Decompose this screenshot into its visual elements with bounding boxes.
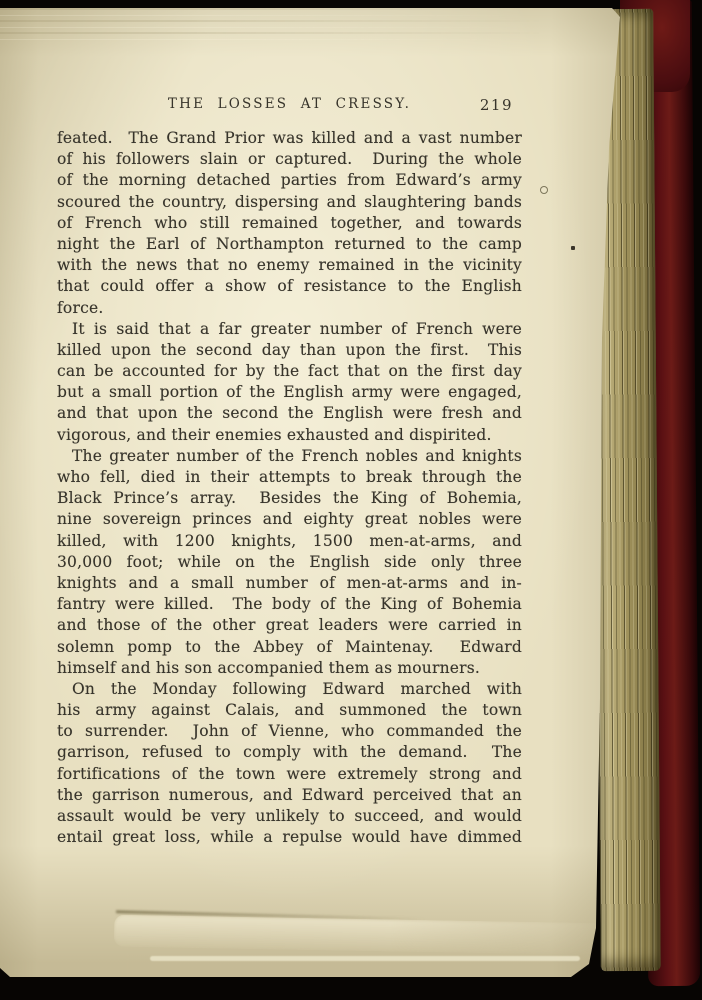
text-line: fantry were killed. The body of the King…: [57, 594, 522, 615]
text-line: to surrender. John of Vienne, who comman…: [57, 721, 522, 742]
paragraph: The greater number of the French nobles …: [57, 446, 522, 679]
paragraph: feated. The Grand Prior was killed and a…: [57, 128, 522, 319]
text-line: solemn pomp to the Abbey of Maintenay. E…: [57, 637, 522, 658]
text-line: 30,000 foot; while on the English side o…: [57, 552, 522, 573]
text-line: killed, with 1200 knights, 1500 men-at-a…: [57, 531, 522, 552]
text-line: the garrison numerous, and Edward percei…: [57, 785, 522, 806]
text-line: nine sovereign princes and eighty great …: [57, 509, 522, 530]
text-line: On the Monday following Edward marched w…: [57, 679, 522, 700]
text-line: of his followers slain or captured. Duri…: [57, 149, 522, 170]
paper-speck-dot: [571, 246, 575, 250]
book-scan: THE LOSSES AT CRESSY. 219 feated. The Gr…: [0, 0, 702, 1000]
text-line: of the morning detached parties from Edw…: [57, 170, 522, 191]
text-line: killed upon the second day than upon the…: [57, 340, 522, 361]
text-line: can be accounted for by the fact that on…: [57, 361, 522, 382]
text-line: fortifications of the town were extremel…: [57, 764, 522, 785]
text-line: It is said that a far greater number of …: [57, 319, 522, 340]
text-line: who fell, died in their attempts to brea…: [57, 467, 522, 488]
book-page: THE LOSSES AT CRESSY. 219 feated. The Gr…: [0, 8, 640, 982]
text-line: and those of the other great leaders wer…: [57, 615, 522, 636]
text-line: force.: [57, 298, 522, 319]
running-head: THE LOSSES AT CRESSY. 219: [57, 96, 522, 116]
under-page-edge: [150, 956, 580, 961]
text-line: of French who still remained together, a…: [57, 213, 522, 234]
text-line: knights and a small number of men-at-arm…: [57, 573, 522, 594]
page-top-edges: [0, 8, 640, 42]
text-line: himself and his son accompanied them as …: [57, 658, 522, 679]
text-line: garrison, refused to comply with the dem…: [57, 742, 522, 763]
text-line: night the Earl of Northampton returned t…: [57, 234, 522, 255]
text-line: assault would be very unlikely to succee…: [57, 806, 522, 827]
text-line: that could offer a show of resistance to…: [57, 276, 522, 297]
text-line: his army against Calais, and summoned th…: [57, 700, 522, 721]
paragraph: It is said that a far greater number of …: [57, 319, 522, 446]
text-line: but a small portion of the English army …: [57, 382, 522, 403]
page-number: 219: [480, 96, 513, 114]
text-line: and that upon the second the English wer…: [57, 403, 522, 424]
text-line: Black Prince’s array. Besides the King o…: [57, 488, 522, 509]
running-title: THE LOSSES AT CRESSY.: [57, 96, 522, 112]
text-line: scoured the country, dispersing and slau…: [57, 192, 522, 213]
paragraph: On the Monday following Edward marched w…: [57, 679, 522, 849]
page-fold-highlight: [114, 915, 614, 956]
text-block: feated. The Grand Prior was killed and a…: [57, 128, 522, 848]
text-line: with the news that no enemy remained in …: [57, 255, 522, 276]
text-line: feated. The Grand Prior was killed and a…: [57, 128, 522, 149]
paper-speck-ring: [540, 186, 548, 194]
text-line: vigorous, and their enemies exhausted an…: [57, 425, 522, 446]
text-line: entail great loss, while a repulse would…: [57, 827, 522, 848]
text-line: The greater number of the French nobles …: [57, 446, 522, 467]
